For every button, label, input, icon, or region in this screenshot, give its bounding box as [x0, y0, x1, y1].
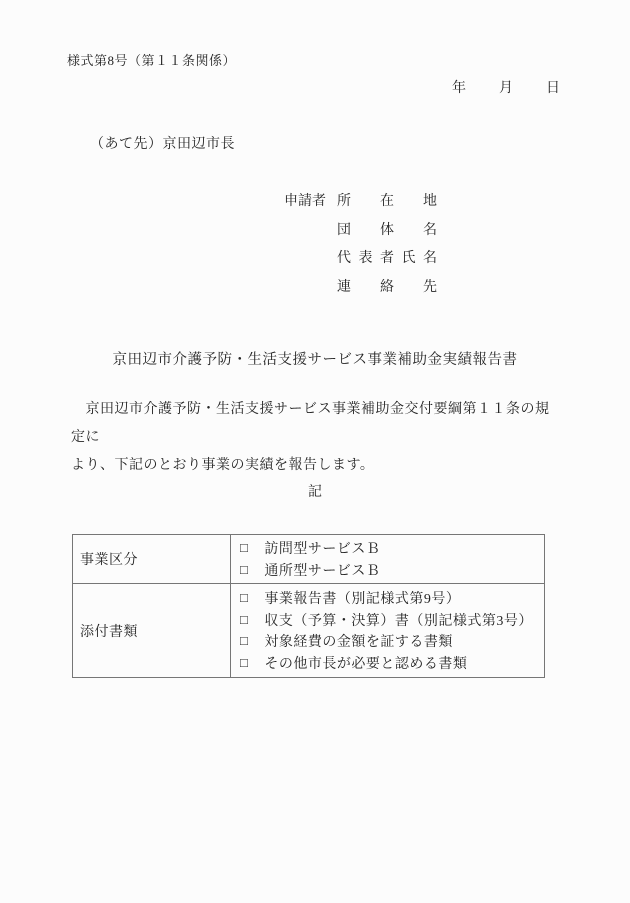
checkbox-icon: □ — [240, 655, 248, 671]
checkbox-item-label: 訪問型サービスＢ — [264, 538, 380, 558]
checkbox-item: □ 収支（予算・決算）書（別記様式第3号） — [240, 609, 540, 631]
date-year-label: 年 — [452, 77, 466, 97]
checkbox-icon: □ — [240, 562, 248, 578]
applicant-row-contact: 連絡先 — [284, 272, 437, 301]
body-line: より、下記のとおり事業の実績を報告します。 — [71, 452, 557, 480]
date-day-label: 日 — [546, 77, 560, 97]
checkbox-item: □ 対象経費の金額を証する書類 — [240, 631, 540, 653]
checkbox-item: □ 通所型サービスＢ — [240, 559, 540, 581]
applicant-block: 申請者 所在地 団体名 代表者氏名 連絡先 — [284, 186, 437, 300]
date-month-label: 月 — [499, 77, 513, 97]
row-label-business-category: 事業区分 — [73, 535, 231, 584]
applicant-field-representative: 代表者氏名 — [337, 247, 437, 267]
applicant-label: 申請者 — [284, 190, 328, 210]
checkbox-icon: □ — [240, 612, 248, 628]
body-paragraph: 京田辺市介護予防・生活支援サービス事業補助金交付要綱第１１条の規定に より、下記… — [71, 396, 557, 480]
checkbox-item: □ 事業報告書（別記様式第9号） — [240, 588, 540, 610]
checkbox-item: □ 訪問型サービスＢ — [240, 537, 540, 559]
table-row-business-category: 事業区分 □ 訪問型サービスＢ □ 通所型サービスＢ — [73, 535, 545, 584]
form-number: 様式第8号（第１１条関係） — [67, 50, 236, 69]
checkbox-icon: □ — [240, 590, 248, 606]
checkbox-icon: □ — [240, 540, 248, 556]
record-marker: 記 — [0, 481, 630, 501]
form-table: 事業区分 □ 訪問型サービスＢ □ 通所型サービスＢ 添付書類 □ 事業報告書（… — [72, 534, 545, 678]
checkbox-item-label: 対象経費の金額を証する書類 — [264, 631, 453, 651]
applicant-field-address: 所在地 — [337, 190, 437, 210]
applicant-row-address: 申請者 所在地 — [284, 186, 437, 215]
applicant-row-representative: 代表者氏名 — [284, 243, 437, 272]
document-title: 京田辺市介護予防・生活支援サービス事業補助金実績報告書 — [0, 348, 630, 369]
checkbox-item-label: 通所型サービスＢ — [264, 560, 380, 580]
checkbox-icon: □ — [240, 633, 248, 649]
date-line: 年 月 日 — [452, 77, 560, 97]
business-category-items: □ 訪問型サービスＢ □ 通所型サービスＢ — [231, 535, 545, 584]
checkbox-item-label: 事業報告書（別記様式第9号） — [264, 588, 460, 608]
checkbox-item-label: その他市長が必要と認める書類 — [264, 653, 467, 673]
checkbox-item: □ その他市長が必要と認める書類 — [240, 652, 540, 674]
checkbox-item-label: 収支（予算・決算）書（別記様式第3号） — [264, 610, 533, 630]
table-row-attached-documents: 添付書類 □ 事業報告書（別記様式第9号） □ 収支（予算・決算）書（別記様式第… — [73, 584, 545, 678]
body-line: 京田辺市介護予防・生活支援サービス事業補助金交付要綱第１１条の規定に — [71, 396, 557, 452]
document-page: 様式第8号（第１１条関係） 年 月 日 （あて先）京田辺市長 申請者 所在地 団… — [0, 0, 630, 903]
attached-documents-items: □ 事業報告書（別記様式第9号） □ 収支（予算・決算）書（別記様式第3号） □… — [231, 584, 545, 678]
applicant-field-org-name: 団体名 — [337, 219, 437, 239]
applicant-field-contact: 連絡先 — [337, 276, 437, 296]
row-label-attached-documents: 添付書類 — [73, 584, 231, 678]
addressee-line: （あて先）京田辺市長 — [90, 133, 235, 153]
applicant-row-org-name: 団体名 — [284, 215, 437, 244]
